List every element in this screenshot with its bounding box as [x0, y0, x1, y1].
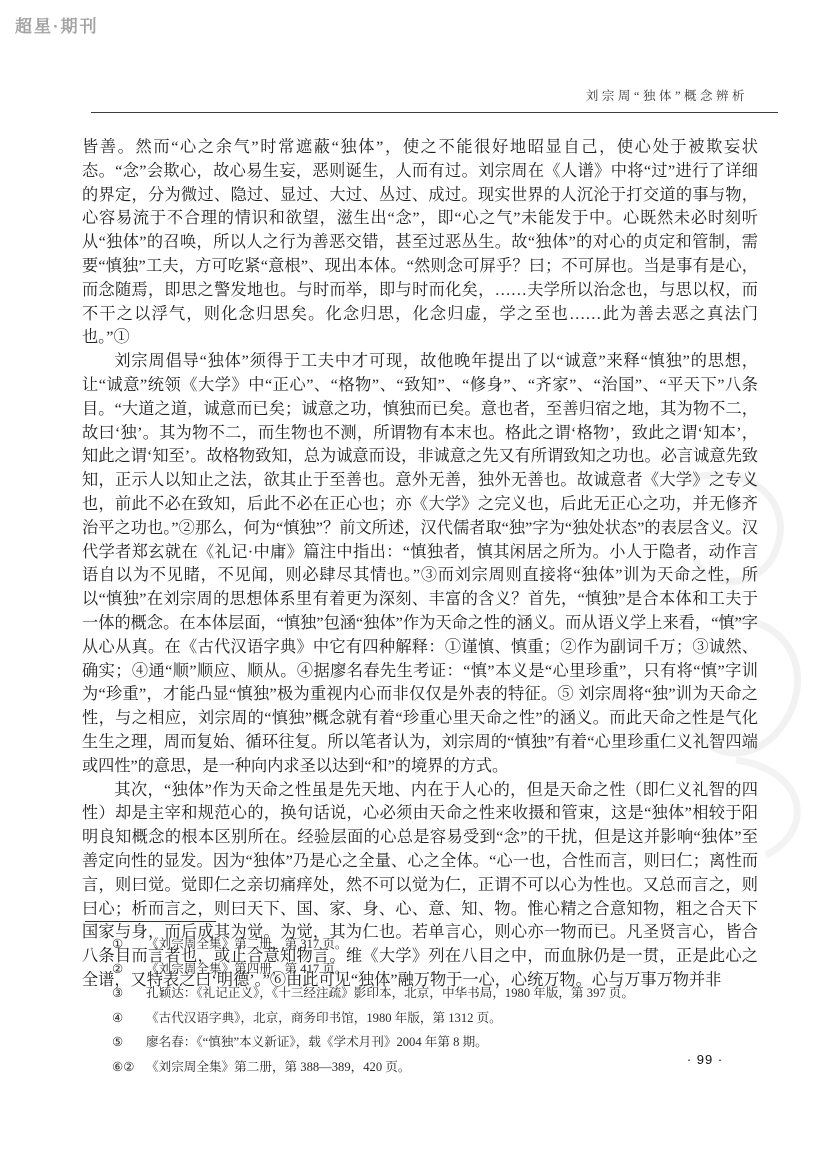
footnote-marker: ① — [112, 932, 146, 957]
footnote-item: ①《刘宗周全集》第二册，第 317 页。 — [82, 932, 722, 957]
running-head: 刘宗周“独体”概念辨析 — [586, 86, 748, 104]
footnote-item: ②《刘宗周全集》第四册，第 417 页。 — [82, 957, 722, 982]
footnote-marker: ④ — [112, 1006, 146, 1031]
footnote-item: ⑤廖名春：《“慎独”本义新证》，载《学术月刊》2004 年第 8 期。 — [82, 1030, 722, 1055]
footnote-marker: ② — [112, 957, 146, 982]
body-paragraph: 刘宗周倡导“独体”须得于工夫中才可现，故他晚年提出了以“诚意”来释“慎独”的思想… — [82, 350, 758, 778]
header-rule — [91, 112, 778, 113]
page-number: · 99 · — [660, 1052, 750, 1067]
footnote-text: 《刘宗周全集》第二册，第 317 页。 — [146, 932, 722, 957]
footnote-marker: ⑥② — [112, 1055, 146, 1080]
footnote-item: ⑥②《刘宗周全集》第二册，第 388—389，420 页。 — [82, 1055, 722, 1080]
footnote-marker: ⑤ — [112, 1030, 146, 1055]
footnote-text: 《刘宗周全集》第四册，第 417 页。 — [146, 957, 722, 982]
footnote-text: 孔颖达：《礼记正义》，《十三经注疏》影印本，北京，中华书局，1980 年版，第 … — [146, 981, 722, 1006]
footnotes: ①《刘宗周全集》第二册，第 317 页。②《刘宗周全集》第四册，第 417 页。… — [82, 932, 722, 1080]
journal-page: 超星·期刊 刘宗周“独体”概念辨析 皆善。然而“心之余气”时常遮蔽“独体”，使之… — [0, 0, 826, 1169]
footnote-text: 廖名春：《“慎独”本义新证》，载《学术月刊》2004 年第 8 期。 — [146, 1030, 722, 1055]
footnote-text: 《刘宗周全集》第二册，第 388—389，420 页。 — [146, 1055, 722, 1080]
article-body: 皆善。然而“心之余气”时常遮蔽“独体”，使之不能很好地昭显自己，使心处于被欺妄状… — [82, 136, 758, 993]
footnote-item: ④《古代汉语字典》，北京，商务印书馆，1980 年版，第 1312 页。 — [82, 1006, 722, 1031]
body-paragraph: 皆善。然而“心之余气”时常遮蔽“独体”，使之不能很好地昭显自己，使心处于被欺妄状… — [82, 136, 758, 350]
footnote-item: ③孔颖达：《礼记正义》，《十三经注疏》影印本，北京，中华书局，1980 年版，第… — [82, 981, 722, 1006]
footnote-marker: ③ — [112, 981, 146, 1006]
footnote-rule — [85, 921, 216, 922]
brand-logo: 超星·期刊 — [15, 12, 99, 37]
footnote-text: 《古代汉语字典》，北京，商务印书馆，1980 年版，第 1312 页。 — [146, 1006, 722, 1031]
